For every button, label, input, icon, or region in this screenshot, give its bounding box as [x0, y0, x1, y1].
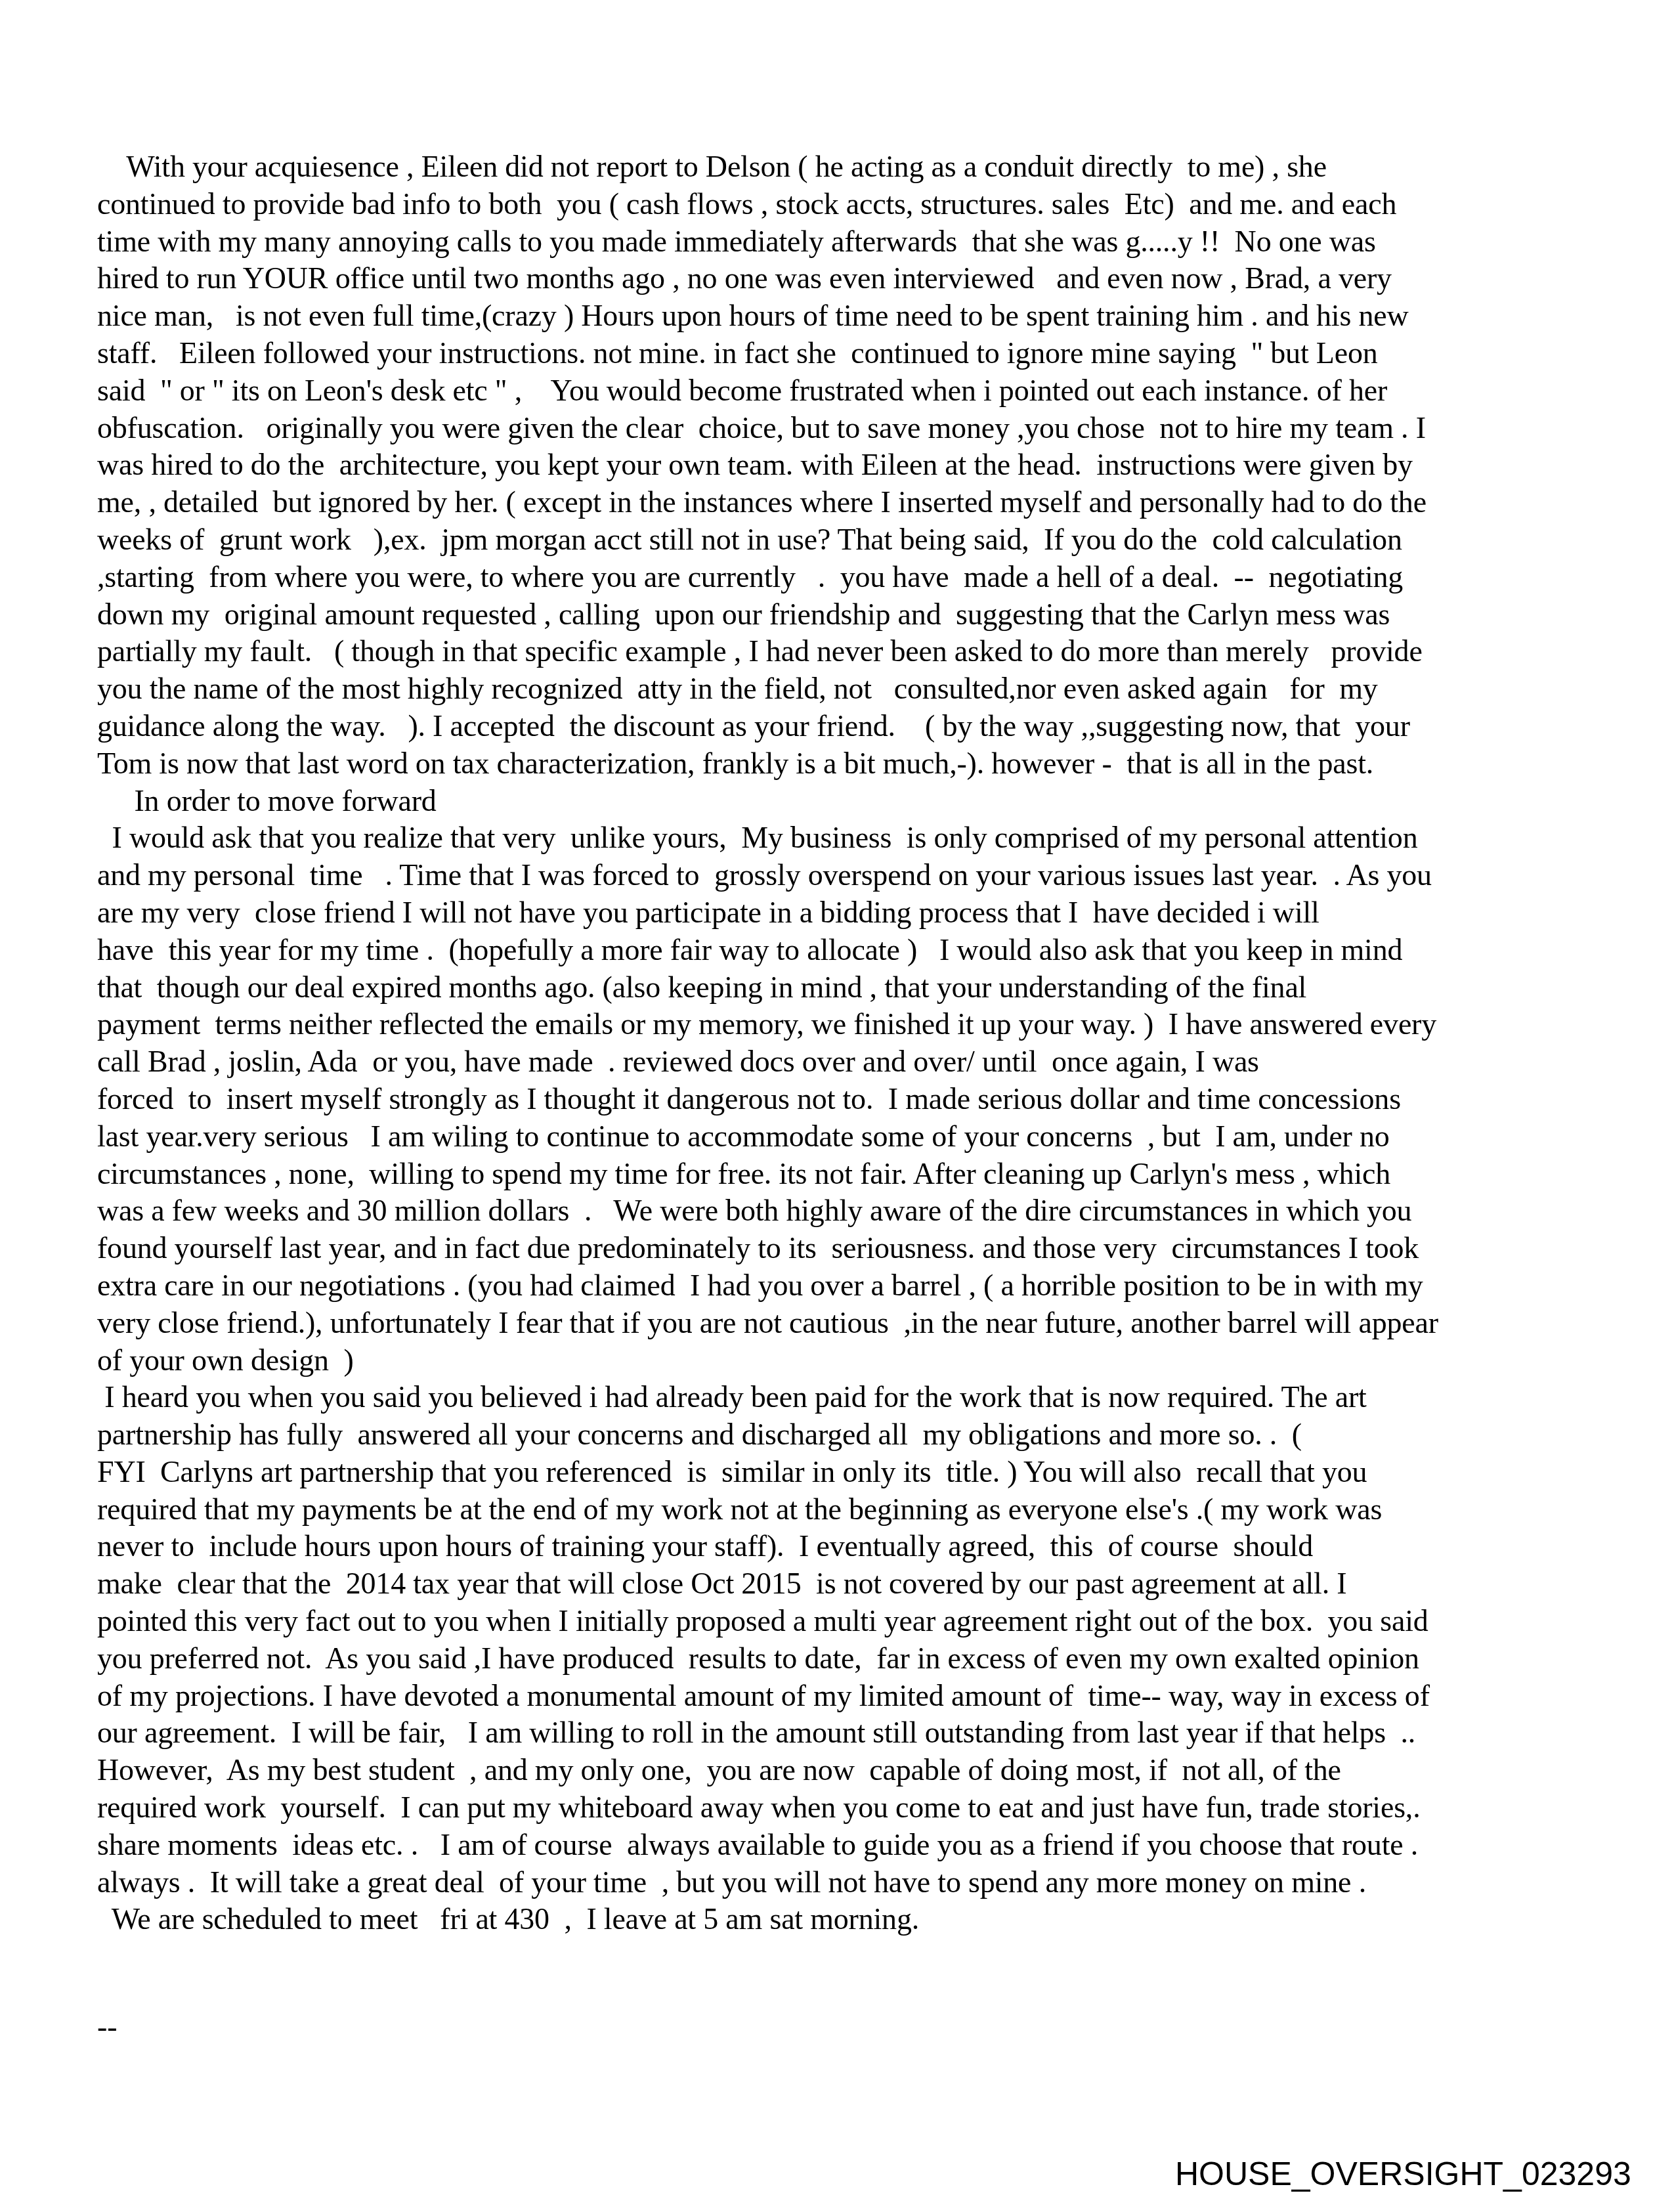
- text-line: required that my payments be at the end …: [97, 1491, 1607, 1529]
- text-line: ,starting from where you were, to where …: [97, 559, 1607, 596]
- document-page: With your acquiesence , Eileen did not r…: [0, 0, 1674, 2212]
- text-line: down my original amount requested , call…: [97, 596, 1607, 634]
- text-line: However, As my best student , and my onl…: [97, 1752, 1607, 1789]
- text-line: weeks of grunt work ),ex. jpm morgan acc…: [97, 521, 1607, 559]
- text-line: said " or " its on Leon's desk etc " , Y…: [97, 372, 1607, 410]
- text-line: make clear that the 2014 tax year that w…: [97, 1565, 1607, 1603]
- text-line: required work yourself. I can put my whi…: [97, 1789, 1607, 1827]
- text-line: call Brad , joslin, Ada or you, have mad…: [97, 1043, 1607, 1081]
- text-line: never to include hours upon hours of tra…: [97, 1528, 1607, 1565]
- text-line: I heard you when you said you believed i…: [97, 1379, 1607, 1416]
- text-line: hired to run YOUR office until two month…: [97, 260, 1607, 297]
- text-line: that though our deal expired months ago.…: [97, 969, 1607, 1007]
- letter-body: With your acquiesence , Eileen did not r…: [97, 148, 1607, 1938]
- text-line: of your own design ): [97, 1342, 1607, 1379]
- text-line: partially my fault. ( though in that spe…: [97, 633, 1607, 670]
- text-line: me, , detailed but ignored by her. ( exc…: [97, 484, 1607, 521]
- text-line: nice man, is not even full time,(crazy )…: [97, 297, 1607, 335]
- text-line: forced to insert myself strongly as I th…: [97, 1081, 1607, 1118]
- text-line: found yourself last year, and in fact du…: [97, 1230, 1607, 1267]
- text-line: FYI Carlyns art partnership that you ref…: [97, 1454, 1607, 1491]
- text-line: always . It will take a great deal of yo…: [97, 1864, 1607, 1901]
- bates-stamp: HOUSE_OVERSIGHT_023293: [1175, 2155, 1631, 2193]
- text-line: Tom is now that last word on tax charact…: [97, 745, 1607, 783]
- text-line: pointed this very fact out to you when I…: [97, 1603, 1607, 1640]
- text-line: very close friend.), unfortunately I fea…: [97, 1305, 1607, 1342]
- text-line: share moments ideas etc. . I am of cours…: [97, 1827, 1607, 1864]
- text-line: have this year for my time . (hopefully …: [97, 932, 1607, 969]
- text-line: you preferred not. As you said ,I have p…: [97, 1640, 1607, 1678]
- text-line: With your acquiesence , Eileen did not r…: [97, 148, 1607, 186]
- text-line: I would ask that you realize that very u…: [97, 819, 1607, 857]
- text-line: was a few weeks and 30 million dollars .…: [97, 1192, 1607, 1230]
- text-line: last year.very serious I am wiling to co…: [97, 1118, 1607, 1156]
- text-line: staff. Eileen followed your instructions…: [97, 335, 1607, 372]
- text-line: and my personal time . Time that I was f…: [97, 857, 1607, 894]
- text-line: was hired to do the architecture, you ke…: [97, 446, 1607, 484]
- signature-separator: --: [97, 2009, 118, 2044]
- text-line: We are scheduled to meet fri at 430 , I …: [97, 1901, 1607, 1938]
- text-line: you the name of the most highly recogniz…: [97, 670, 1607, 708]
- text-line: our agreement. I will be fair, I am will…: [97, 1714, 1607, 1752]
- text-line: of my projections. I have devoted a monu…: [97, 1678, 1607, 1715]
- text-line: guidance along the way. ). I accepted th…: [97, 708, 1607, 745]
- text-line: payment terms neither reflected the emai…: [97, 1006, 1607, 1043]
- text-line: circumstances , none, willing to spend m…: [97, 1156, 1607, 1193]
- text-line: continued to provide bad info to both yo…: [97, 186, 1607, 223]
- text-line: obfuscation. originally you were given t…: [97, 410, 1607, 447]
- text-line: time with my many annoying calls to you …: [97, 223, 1607, 261]
- text-line: are my very close friend I will not have…: [97, 894, 1607, 932]
- text-line: partnership has fully answered all your …: [97, 1416, 1607, 1454]
- text-line: extra care in our negotiations . (you ha…: [97, 1267, 1607, 1305]
- text-line: In order to move forward: [97, 783, 1607, 820]
